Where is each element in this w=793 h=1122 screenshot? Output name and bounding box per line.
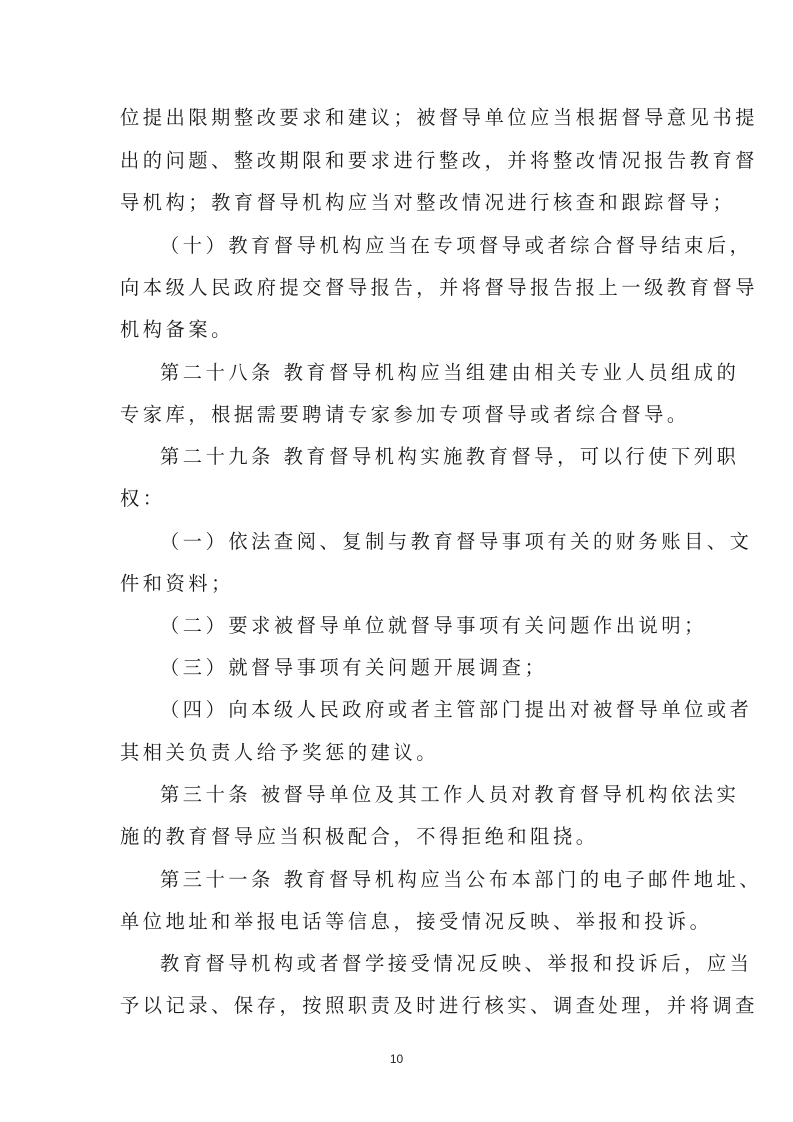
text-line: 导机构；教育督导机构应当对整改情况进行核查和跟踪督导； bbox=[120, 191, 676, 215]
page-number: 10 bbox=[0, 1052, 793, 1066]
text-line: （四）向本级人民政府或者主管部门提出对被督导单位或者 bbox=[160, 698, 676, 722]
text-line: 第三十条 被督导单位及其工作人员对教育督导机构依法实 bbox=[160, 783, 676, 807]
document-page: 位提出限期整改要求和建议；被督导单位应当根据督导意见书提出的问题、整改期限和要求… bbox=[0, 0, 793, 1122]
text-line: 教育督导机构或者督学接受情况反映、举报和投诉后，应当 bbox=[160, 952, 676, 976]
text-line: 专家库，根据需要聘请专家参加专项督导或者综合督导。 bbox=[120, 403, 676, 427]
text-line: （三）就督导事项有关问题开展调查； bbox=[160, 656, 676, 680]
text-line: （十）教育督导机构应当在专项督导或者综合督导结束后， bbox=[160, 234, 676, 258]
text-line: 第三十一条 教育督导机构应当公布本部门的电子邮件地址、 bbox=[160, 868, 676, 892]
text-line: 第二十八条 教育督导机构应当组建由相关专业人员组成的 bbox=[160, 361, 676, 385]
text-line: 件和资料； bbox=[120, 572, 676, 596]
text-line: 位提出限期整改要求和建议；被督导单位应当根据督导意见书提 bbox=[120, 106, 676, 130]
text-line: 权： bbox=[120, 487, 676, 511]
text-line: （一）依法查阅、复制与教育督导事项有关的财务账目、文 bbox=[160, 530, 676, 554]
text-line: 第二十九条 教育督导机构实施教育督导，可以行使下列职 bbox=[160, 445, 676, 469]
text-line: 出的问题、整改期限和要求进行整改，并将整改情况报告教育督 bbox=[120, 149, 676, 173]
text-line: 其相关负责人给予奖惩的建议。 bbox=[120, 741, 676, 765]
text-line: 予以记录、保存，按照职责及时进行核实、调查处理，并将调查 bbox=[120, 994, 676, 1018]
text-line: （二）要求被督导单位就督导事项有关问题作出说明； bbox=[160, 614, 676, 638]
text-line: 施的教育督导应当积极配合，不得拒绝和阻挠。 bbox=[120, 825, 676, 849]
text-line: 单位地址和举报电话等信息，接受情况反映、举报和投诉。 bbox=[120, 910, 676, 934]
text-line: 机构备案。 bbox=[120, 318, 676, 342]
text-line: 向本级人民政府提交督导报告，并将督导报告报上一级教育督导 bbox=[120, 276, 676, 300]
